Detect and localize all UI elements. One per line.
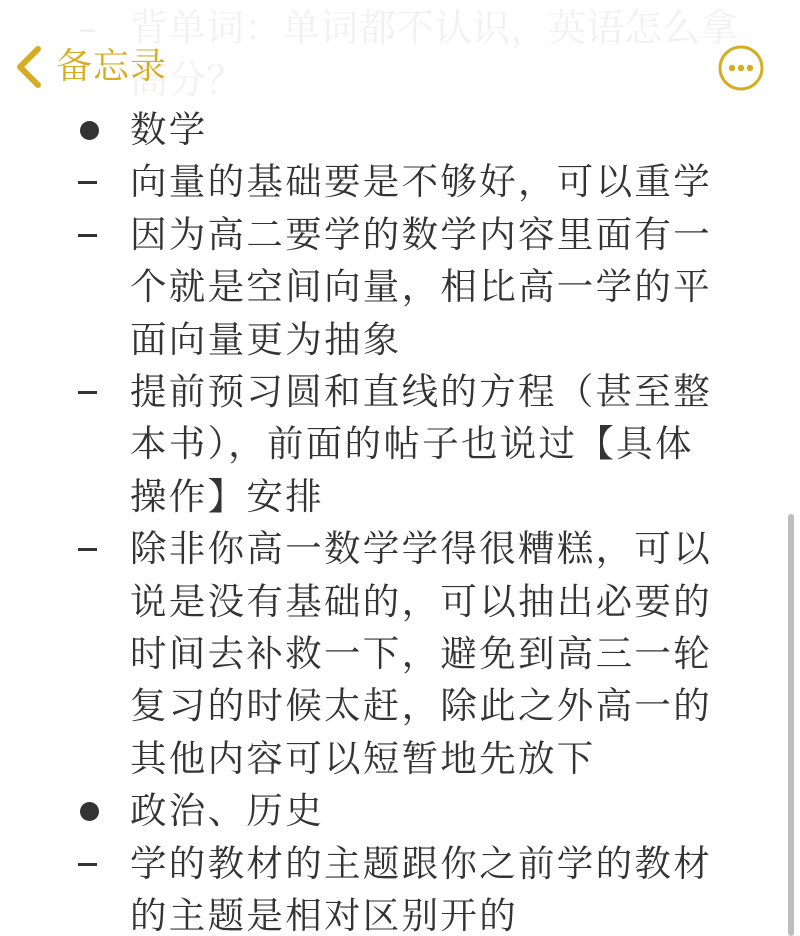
vertical-scrollbar[interactable]: [788, 514, 794, 936]
chevron-left-icon: [14, 45, 42, 89]
dash-marker: [0, 366, 130, 418]
more-button[interactable]: [717, 44, 765, 92]
back-button[interactable]: 备忘录: [14, 42, 167, 92]
list-item-text: 除非你高一数学学得很糟糕，可以说是没有基础的，可以抽出必要的时间去补救一下，避免…: [130, 527, 712, 780]
list-item-text: 提前预习圆和直线的方程（甚至整本书），前面的帖子也说过【具体操作】安排: [130, 370, 712, 518]
note-body[interactable]: 数学 向量的基础要是不够好，可以重学 因为高二要学的数学内容里面有一个就是空间向…: [0, 104, 800, 936]
bullet-marker: [0, 104, 130, 156]
list-item: 向量的基础要是不够好，可以重学: [0, 156, 730, 208]
dash-marker: [0, 209, 130, 261]
list-item: 提前预习圆和直线的方程（甚至整本书），前面的帖子也说过【具体操作】安排: [0, 366, 730, 523]
navigation-bar: 备忘录: [0, 0, 800, 110]
bullet-marker: [0, 785, 130, 837]
list-item: 因为高二要学的数学内容里面有一个就是空间向量，相比高一学的平面向量更为抽象: [0, 209, 730, 366]
list-item: 除非你高一数学学得很糟糕，可以说是没有基础的，可以抽出必要的时间去补救一下，避免…: [0, 523, 730, 785]
dash-marker: [0, 838, 130, 890]
more-circle-icon: [717, 77, 765, 96]
list-item-text: 政治、历史: [130, 789, 324, 832]
list-item-politics-history: 政治、历史: [0, 785, 730, 837]
list-item-text: 因为高二要学的数学内容里面有一个就是空间向量，相比高一学的平面向量更为抽象: [130, 213, 712, 361]
dash-marker: [0, 156, 130, 208]
list-item-math: 数学: [0, 104, 730, 156]
list-item-text: 学的教材的主题跟你之前学的教材的主题是相对区别开的: [130, 842, 712, 936]
list-item-text: 数学: [130, 108, 208, 151]
dash-marker: [0, 523, 130, 575]
list-item-text: 向量的基础要是不够好，可以重学: [130, 160, 712, 203]
list-item: 学的教材的主题跟你之前学的教材的主题是相对区别开的: [0, 838, 730, 936]
back-label: 备忘录: [56, 42, 167, 92]
